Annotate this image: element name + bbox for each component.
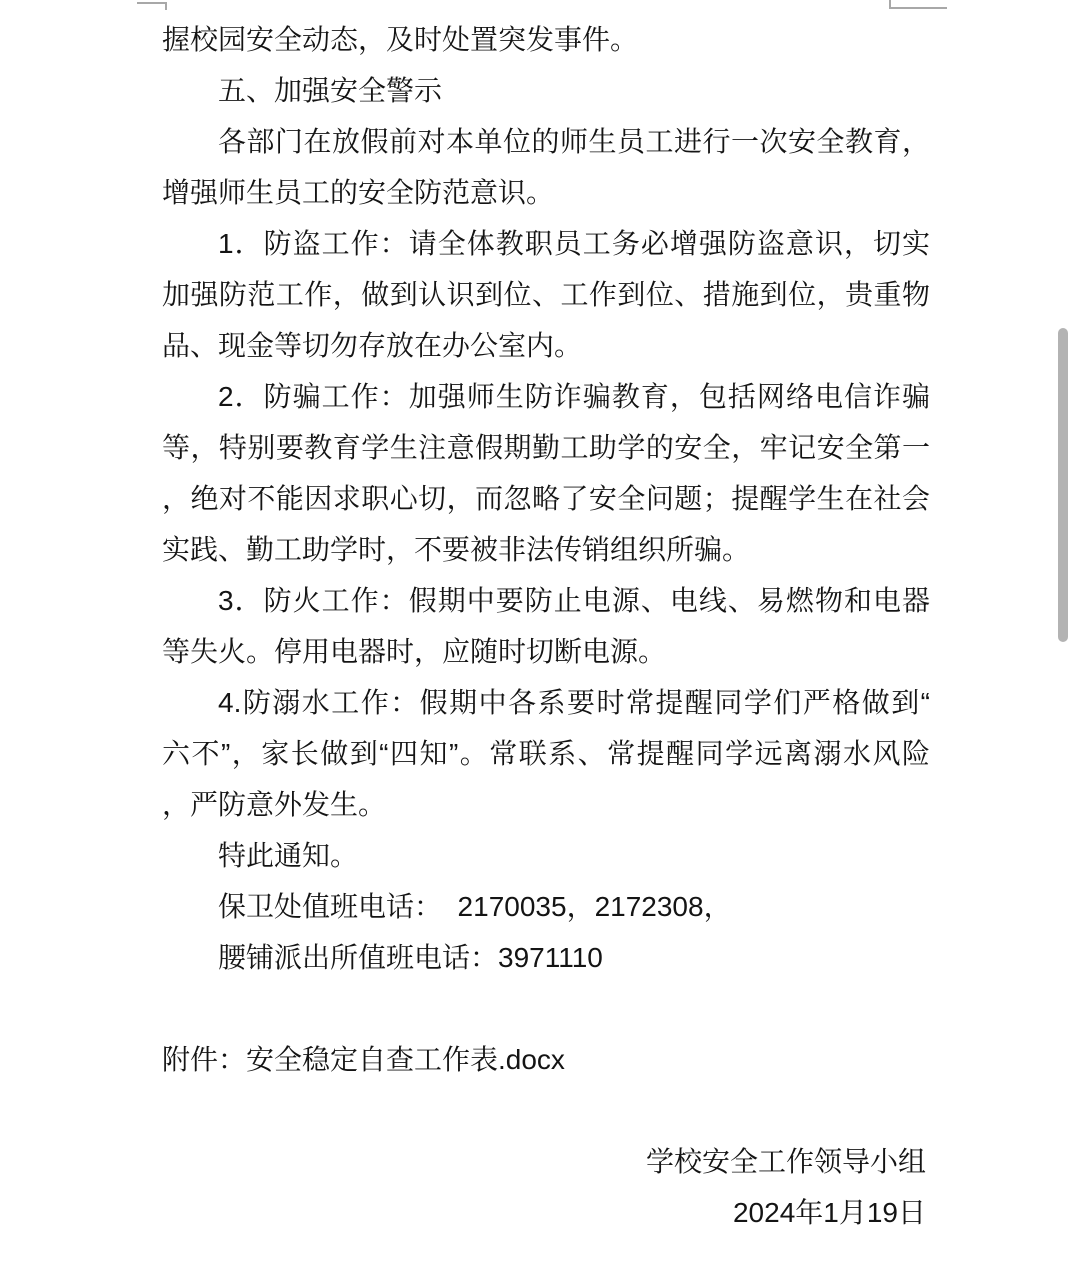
text-boundary-mark-right xyxy=(889,7,947,9)
doc-line: 保卫处值班电话： 2170035，2172308， xyxy=(162,881,930,932)
doc-line: 2．防骗工作：加强师生防诈骗教育，包括网络电信诈骗 xyxy=(162,371,930,422)
doc-line: 腰铺派出所值班电话：3971110 xyxy=(162,932,930,983)
doc-line: 特此通知。 xyxy=(162,830,930,881)
doc-line: 3．防火工作：假期中要防止电源、电线、易燃物和电器 xyxy=(162,575,930,626)
vertical-scrollbar-thumb[interactable] xyxy=(1058,328,1068,642)
doc-line: 4.防溺水工作：假期中各系要时常提醒同学们严格做到“ xyxy=(162,677,930,728)
doc-line: 五、加强安全警示 xyxy=(162,65,930,116)
doc-line: 等，特别要教育学生注意假期勤工助学的安全，牢记安全第一 xyxy=(162,422,930,473)
text-boundary-mark-left-corner xyxy=(165,2,167,10)
doc-line: 2024年1月19日 xyxy=(162,1187,930,1238)
doc-line: 握校园安全动态，及时处置突发事件。 xyxy=(162,14,930,65)
doc-line: 等失火。停用电器时，应随时切断电源。 xyxy=(162,626,930,677)
doc-line: 实践、勤工助学时，不要被非法传销组织所骗。 xyxy=(162,524,930,575)
document-body: 握校园安全动态，及时处置突发事件。五、加强安全警示各部门在放假前对本单位的师生员… xyxy=(162,14,930,1238)
doc-line: 六不”，家长做到“四知”。常联系、常提醒同学远离溺水风险 xyxy=(162,728,930,779)
doc-line: 加强防范工作，做到认识到位、工作到位、措施到位，贵重物 xyxy=(162,269,930,320)
document-viewer-page: 握校园安全动态，及时处置突发事件。五、加强安全警示各部门在放假前对本单位的师生员… xyxy=(0,0,1080,1264)
doc-line: ，绝对不能因求职心切，而忽略了安全问题；提醒学生在社会 xyxy=(162,473,930,524)
doc-line: ，严防意外发生。 xyxy=(162,779,930,830)
doc-line: 增强师生员工的安全防范意识。 xyxy=(162,167,930,218)
doc-line: 附件：安全稳定自查工作表.docx xyxy=(162,1034,930,1085)
doc-line: 品、现金等切勿存放在办公室内。 xyxy=(162,320,930,371)
doc-line: 1．防盗工作：请全体教职员工务必增强防盗意识，切实 xyxy=(162,218,930,269)
text-boundary-mark-left xyxy=(137,2,167,4)
doc-line: 学校安全工作领导小组 xyxy=(162,1136,930,1187)
doc-line: 各部门在放假前对本单位的师生员工进行一次安全教育， xyxy=(162,116,930,167)
